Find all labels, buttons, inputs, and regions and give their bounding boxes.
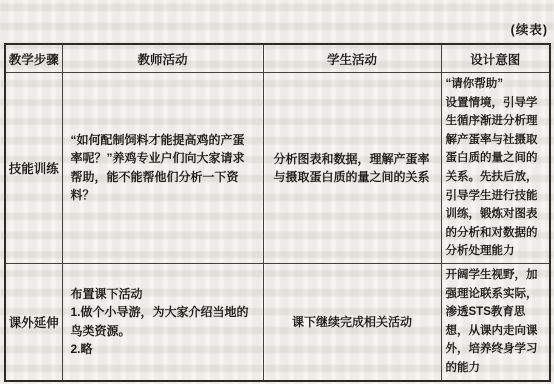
header-row: 教学步骤 教师活动 学生活动 设计意图: [5, 44, 550, 73]
header-teacher-activity: 教师活动: [62, 44, 263, 73]
student-activity-text: 分析图表和数据，理解产蛋率与摄取蛋白质的量之间的关系: [263, 73, 441, 264]
header-design-intent: 设计意图: [441, 44, 550, 73]
design-intent-text: 开阔学生视野，加强理论联系实际，渗透STS教育思想，从课内走向课外，培养终身学习…: [441, 263, 550, 380]
table-row-skill-training: 技能训练 “如何配制饲料才能提高鸡的产蛋率呢？”养鸡专业户们向大家请求帮助，能不…: [5, 73, 550, 264]
header-student-activity: 学生活动: [263, 44, 441, 73]
continued-table-label: (续表): [511, 20, 548, 38]
table-row-extracurricular-extension: 课外延伸 布置课下活动 1.做个小导游，为大家介绍当地的鸟类资源。 2.略 课下…: [5, 263, 550, 380]
design-intent-text: “请你帮助” 设置情境，引导学生循序渐进分析理解产蛋率与社摄取蛋白质的量之间的关…: [441, 73, 550, 264]
header-teaching-step: 教学步骤: [5, 44, 62, 73]
step-label: 技能训练: [5, 73, 62, 264]
lesson-plan-table: 教学步骤 教师活动 学生活动 设计意图 技能训练 “如何配制饲料才能提高鸡的产蛋…: [4, 43, 551, 382]
step-label: 课外延伸: [5, 263, 62, 380]
teacher-activity-text: “如何配制饲料才能提高鸡的产蛋率呢？”养鸡专业户们向大家请求帮助，能不能帮他们分…: [62, 73, 263, 264]
student-activity-text: 课下继续完成相关活动: [263, 263, 441, 380]
teacher-activity-text: 布置课下活动 1.做个小导游，为大家介绍当地的鸟类资源。 2.略: [62, 263, 263, 380]
